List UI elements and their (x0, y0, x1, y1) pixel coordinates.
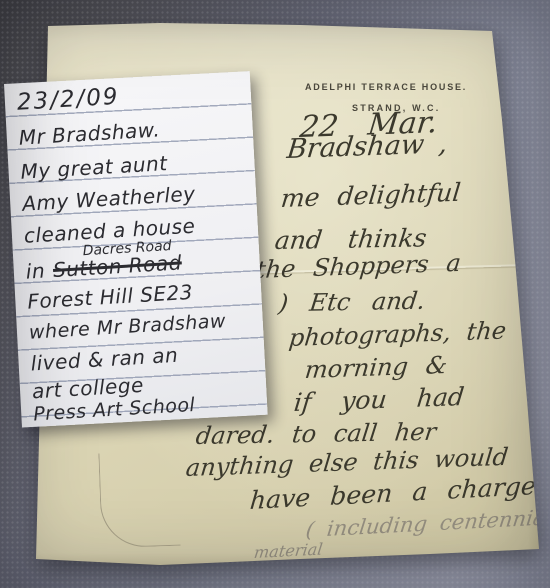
ink-line: morning & (304, 351, 449, 384)
letterhead-line1: ADELPHI TERRACE HOUSE. (305, 82, 467, 92)
note-card: 23/2/09 Mr Bradshaw. My great aunt Amy W… (4, 71, 268, 427)
amend-prefix: in (25, 259, 46, 284)
ink-line: is ) Etc and. (235, 287, 426, 318)
ink-line: if you had (292, 382, 465, 417)
ink-line: dared. to call her (194, 418, 438, 450)
pencil-annotation: material (253, 539, 324, 562)
ink-line: Bradshaw , (285, 128, 449, 165)
photo-of-letter-and-note: ADELPHI TERRACE HOUSE. STRAND, W.C. 22 M… (0, 0, 550, 588)
